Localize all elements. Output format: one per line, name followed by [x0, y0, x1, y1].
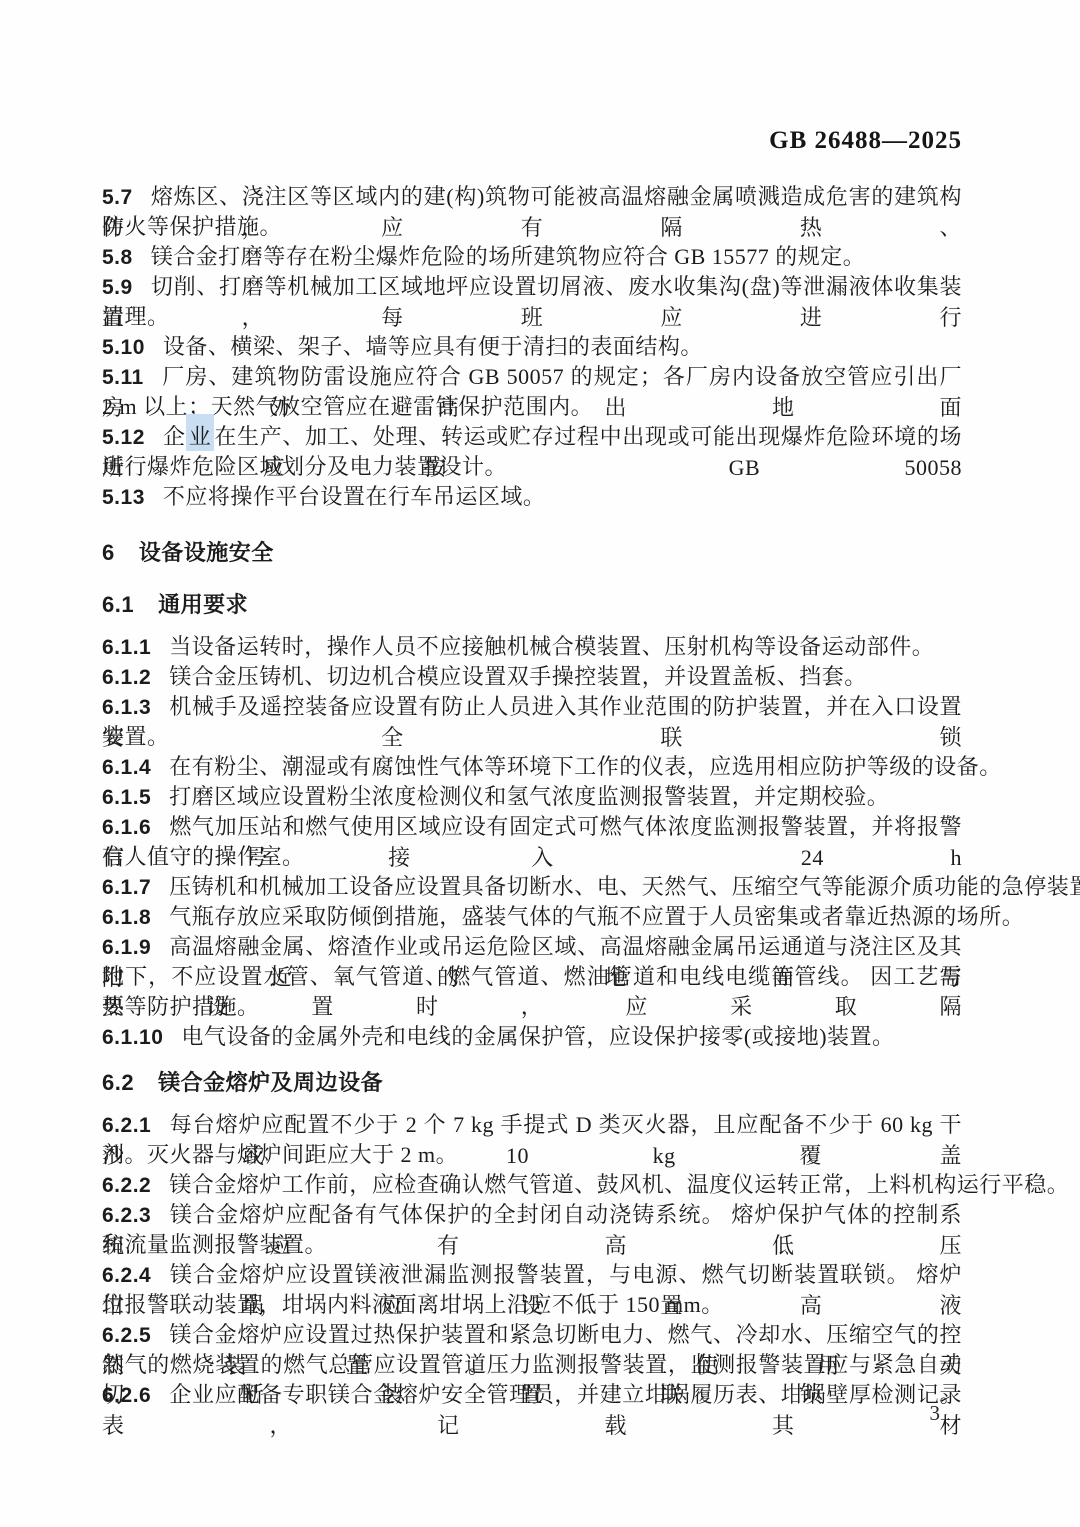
clause-line: 6.1.6燃气加压站和燃气使用区域应设有固定式可燃气体浓度监测报警装置，并将报警… — [102, 812, 962, 842]
clause-text: 不应将操作平台设置在行车吊运区域。 — [163, 484, 546, 509]
heading-text: 镁合金熔炉及周边设备 — [158, 1070, 383, 1095]
clause-line: 6.2.1每台熔炉应配置不少于 2 个 7 kg 手提式 D 类灭火器，且应配备… — [102, 1110, 962, 1140]
clause-line: 5.13不应将操作平台设置在行车吊运区域。 — [102, 482, 962, 512]
clause-text: 剂。灭火器与熔炉间距应大于 2 m。 — [102, 1142, 458, 1167]
clause-text: 进行爆炸危险区域划分及电力装置设计。 — [102, 454, 507, 479]
clause-number: 5.10 — [102, 336, 145, 359]
clause-number: 6.1.3 — [102, 696, 151, 719]
section-heading: 6设备设施安全 — [102, 538, 962, 568]
clause-line: 5.12企业在生产、加工、处理、转运或贮存过程中出现或可能出现爆炸危险环境的场所… — [102, 422, 962, 452]
clause-number: 5.9 — [102, 276, 133, 299]
clause-text: 装置。 — [102, 724, 170, 749]
clause-text: 2 m 以上；天然气放空管应在避雷针保护范围内。 — [102, 394, 593, 419]
clause-line: 5.8镁合金打磨等存在粉尘爆炸危险的场所建筑物应符合 GB 15577 的规定。 — [102, 242, 962, 272]
clause-number: 6.2.1 — [102, 1114, 151, 1137]
clause-line: 6.1.1当设备运转时，操作人员不应接触机械合模装置、压射机构等设备运动部件。 — [102, 632, 962, 662]
clause-text: 企 — [163, 424, 186, 449]
clause-number: 6.1 — [102, 592, 134, 617]
clause-continuation-line: 然气的燃烧装置的燃气总管应设置管道压力监测报警装置，监测报警装置应与紧急自动切断… — [102, 1350, 962, 1380]
clause-line: 6.1.5打磨区域应设置粉尘浓度检测仪和氢气浓度监测报警装置，并定期校验。 — [102, 782, 962, 812]
clause-number: 5.13 — [102, 486, 145, 509]
clause-text: 电气设备的金属外壳和电线的金属保护管，应设保护接零(或接地)装置。 — [181, 1024, 894, 1049]
clause-text: 设备、横梁、架子、墙等应具有便于清扫的表面结构。 — [163, 334, 703, 359]
clause-text: 位报警联动装置，坩埚内料液面离坩埚上沿应不低于 150 mm。 — [102, 1292, 724, 1317]
clause-text: 和流量监测报警装置。 — [102, 1232, 327, 1257]
clause-number: 6.2.2 — [102, 1174, 151, 1197]
clause-line: 6.1.4在有粉尘、潮湿或有腐蚀性气体等环境下工作的仪表，应选用相应防护等级的设… — [102, 752, 962, 782]
clause-line: 6.1.2镁合金压铸机、切边机合模应设置双手操控装置，并设置盖板、挡套。 — [102, 662, 962, 692]
clause-text: 气瓶存放应采取防倾倒措施，盛装气体的气瓶不应置于人员密集或者靠近热源的场所。 — [169, 904, 1024, 929]
clause-continuation-line: 地下，不应设置水管、氧气管道、燃气管道、燃油管道和电线电缆等管线。 因工艺需要设… — [102, 962, 962, 992]
clause-number: 6.1.10 — [102, 1026, 163, 1049]
clause-number: 6.1.5 — [102, 786, 151, 809]
clause-line: 6.1.7压铸机和机械加工设备应设置具备切断水、电、天然气、压缩空气等能源介质功… — [102, 872, 962, 902]
clause-line: 5.7熔炼区、浇注区等区域内的建(构)筑物可能被高温熔融金属喷溅造成危害的建筑构… — [102, 182, 962, 212]
clause-number: 6.1.2 — [102, 666, 151, 689]
subsection-heading: 6.1通用要求 — [102, 590, 962, 620]
clause-number: 6.1.8 — [102, 906, 151, 929]
clause-number: 6.1.4 — [102, 756, 151, 779]
document-page: GB 26488—2025 5.7熔炼区、浇注区等区域内的建(构)筑物可能被高温… — [0, 0, 1080, 1527]
clause-number: 5.7 — [102, 186, 133, 209]
clause-text: 压铸机和机械加工设备应设置具备切断水、电、天然气、压缩空气等能源介质功能的急停装… — [169, 874, 1080, 899]
clause-number: 6.1.1 — [102, 636, 151, 659]
clause-text: 防火等保护措施。 — [102, 214, 282, 239]
clause-number: 6.2.3 — [102, 1204, 151, 1227]
selection-highlight: 业 — [186, 414, 215, 451]
heading-text: 通用要求 — [158, 592, 248, 617]
clause-text: 当设备运转时，操作人员不应接触机械合模装置、压射机构等设备运动部件。 — [169, 634, 934, 659]
clause-number: 5.12 — [102, 426, 145, 449]
clause-text: 打磨区域应设置粉尘浓度检测仪和氢气浓度监测报警装置，并定期校验。 — [169, 784, 889, 809]
clause-number: 6.1.9 — [102, 936, 151, 959]
clause-text: 切削、打磨等机械加工区域地坪应设置切屑液、废水收集沟(盘)等泄漏液体收集装置，每… — [102, 274, 962, 330]
clause-number: 6.2.5 — [102, 1324, 151, 1347]
clause-line: 6.1.3机械手及遥控装备应设置有防止人员进入其作业范围的防护装置，并在入口设置… — [102, 692, 962, 722]
clause-line: 5.11厂房、建筑物防雷设施应符合 GB 50057 的规定；各厂房内设备放空管… — [102, 362, 962, 392]
clause-line: 6.1.9高温熔融金属、熔渣作业或吊运危险区域、高温熔融金属吊运通道与浇注区及其… — [102, 932, 962, 962]
clause-line: 6.2.4镁合金熔炉应设置镁液泄漏监测报警装置，与电源、燃气切断装置联锁。 熔炉… — [102, 1260, 962, 1290]
clause-text: 镁合金压铸机、切边机合模应设置双手操控装置，并设置盖板、挡套。 — [169, 664, 867, 689]
standard-number-header: GB 26488—2025 — [0, 126, 1080, 156]
clause-text: 镁合金熔炉工作前，应检查确认燃气管道、鼓风机、温度仪运转正常，上料机构运行平稳。 — [169, 1172, 1069, 1197]
heading-text: 设备设施安全 — [139, 540, 274, 565]
clause-line: 6.2.5镁合金熔炉应设置过热保护装置和紧急切断电力、燃气、冷却水、压缩空气的控… — [102, 1320, 962, 1350]
clause-line: 5.9切削、打磨等机械加工区域地坪应设置切屑液、废水收集沟(盘)等泄漏液体收集装… — [102, 272, 962, 302]
page-number: 3 — [930, 1398, 941, 1428]
clause-text: 企业应配备专职镁合金熔炉安全管理员，并建立坩埚履历表、坩埚壁厚检测记录表，记载其… — [102, 1382, 962, 1438]
clause-line: 6.1.10电气设备的金属外壳和电线的金属保护管，应设保护接零(或接地)装置。 — [102, 1022, 962, 1052]
clause-number: 6.2.4 — [102, 1264, 151, 1287]
clause-text: 清理。 — [102, 304, 170, 329]
clause-number: 5.11 — [102, 366, 144, 389]
clause-number: 6.2 — [102, 1070, 134, 1095]
clause-number: 6 — [102, 540, 115, 565]
clause-line: 6.2.2镁合金熔炉工作前，应检查确认燃气管道、鼓风机、温度仪运转正常，上料机构… — [102, 1170, 962, 1200]
document-body: 5.7熔炼区、浇注区等区域内的建(构)筑物可能被高温熔融金属喷溅造成危害的建筑构… — [0, 182, 962, 1410]
clause-text: 机械手及遥控装备应设置有防止人员进入其作业范围的防护装置，并在入口设置安全联锁 — [102, 694, 962, 750]
clause-number: 5.8 — [102, 246, 133, 269]
clause-line: 6.2.3镁合金熔炉应配备有气体保护的全封闭自动浇铸系统。 熔炉保护气体的控制系… — [102, 1200, 962, 1230]
clause-number: 6.1.7 — [102, 876, 151, 899]
clause-number: 6.1.6 — [102, 816, 151, 839]
clause-text: 有人值守的操作室。 — [102, 844, 305, 869]
clause-line: 6.1.8气瓶存放应采取防倾倒措施，盛装气体的气瓶不应置于人员密集或者靠近热源的… — [102, 902, 962, 932]
clause-text: 镁合金打磨等存在粉尘爆炸危险的场所建筑物应符合 GB 15577 的规定。 — [151, 244, 866, 269]
clause-line: 5.10设备、横梁、架子、墙等应具有便于清扫的表面结构。 — [102, 332, 962, 362]
clause-number: 6.2.6 — [102, 1384, 151, 1407]
subsection-heading: 6.2镁合金熔炉及周边设备 — [102, 1068, 962, 1098]
clause-text: 在有粉尘、潮湿或有腐蚀性气体等环境下工作的仪表，应选用相应防护等级的设备。 — [169, 754, 1002, 779]
clause-line: 6.2.6企业应配备专职镁合金熔炉安全管理员，并建立坩埚履历表、坩埚壁厚检测记录… — [102, 1380, 962, 1410]
clause-text: 热等防护措施。 — [102, 994, 260, 1019]
